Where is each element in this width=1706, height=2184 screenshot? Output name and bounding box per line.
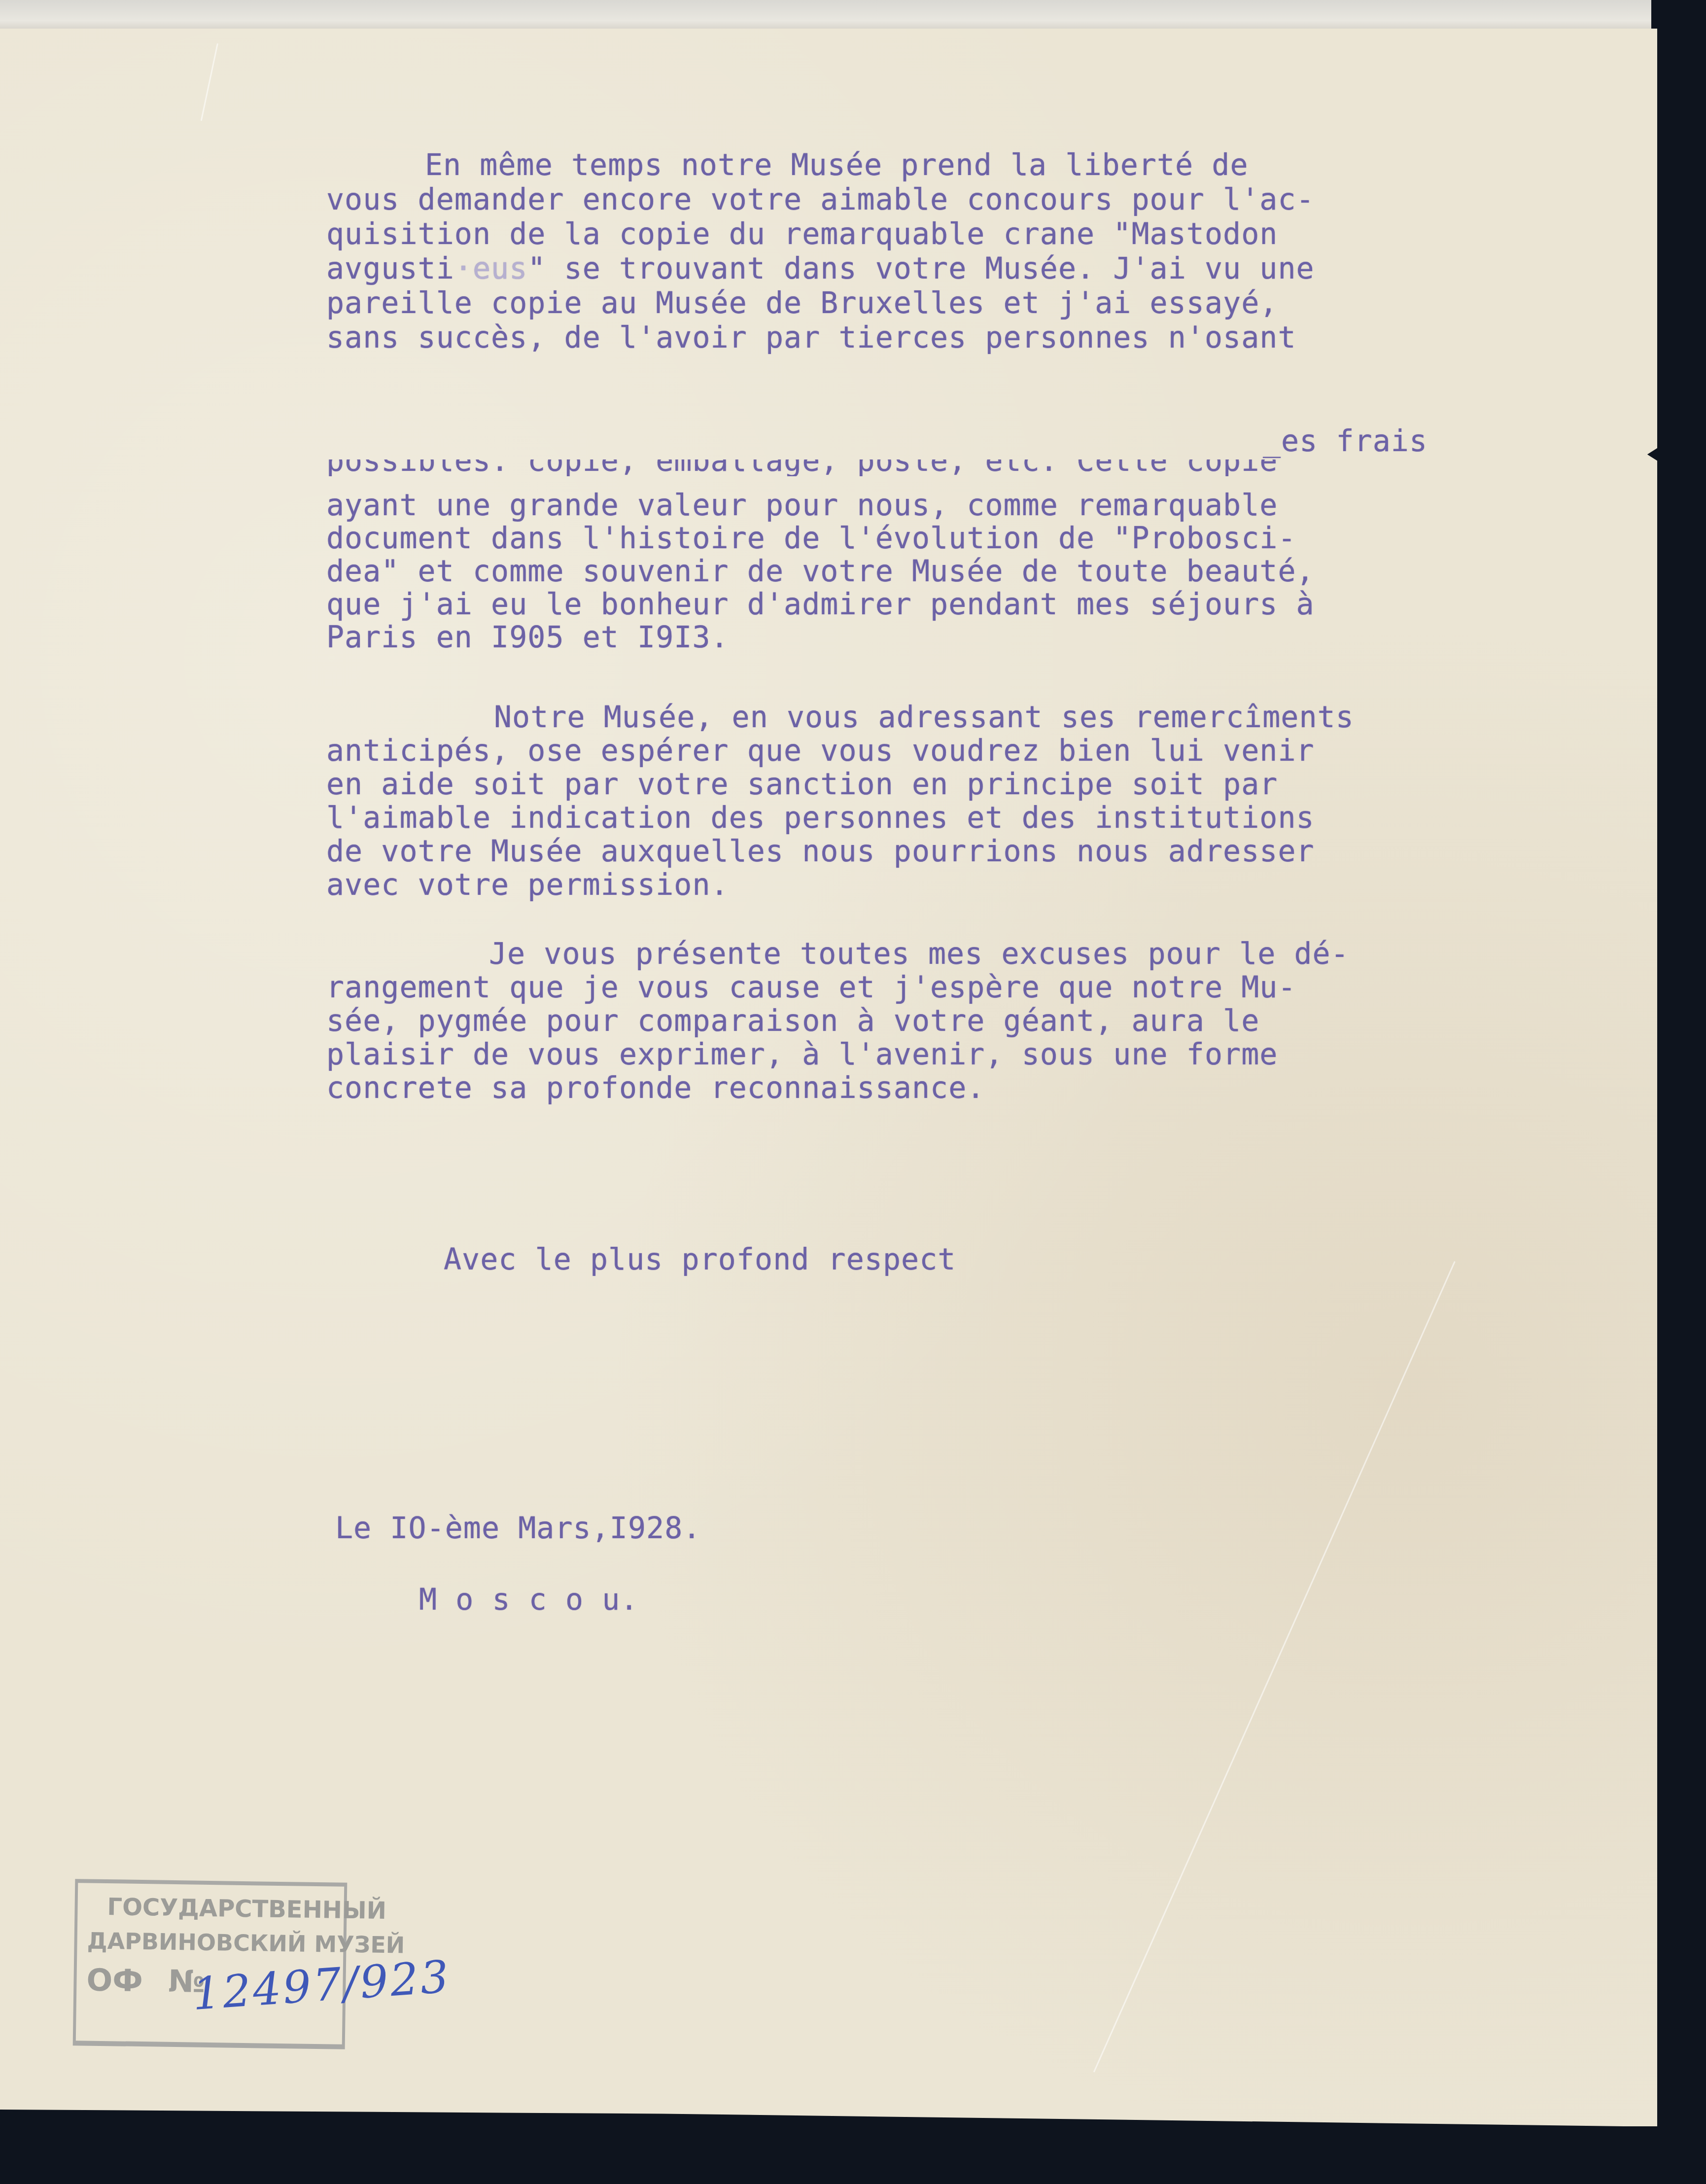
paragraph-4: Je vous présente toutes mes excuses pour… [326, 937, 363, 1144]
paper-crease [201, 43, 218, 121]
partial-text: _es frais [1263, 424, 1427, 458]
text-line: document dans l'histoire de l'évolution … [326, 521, 1296, 556]
text-line: plaisir de vous exprimer, à l'avenir, so… [326, 1037, 1278, 1072]
stamp-prefix: ОФ [86, 1962, 143, 1999]
stamp-line-3: ОФ № [86, 1962, 205, 2000]
text-line: quisition de la copie du remarquable cra… [326, 217, 1278, 251]
text-line: ayant une grande valeur pour nous, comme… [326, 488, 1278, 523]
text-line: l'aimable indication des personnes et de… [326, 801, 1315, 835]
text-line: que j'ai eu le bonheur d'admirer pendant… [326, 587, 1315, 622]
text-line: vous demander encore votre aimable conco… [326, 182, 1315, 217]
stamp-line-1: ГОСУДАРСТВЕННЫЙ [107, 1893, 386, 1925]
stamp-line-2: ДАРВИНОВСКИЙ МУЗЕЙ [87, 1928, 405, 1959]
paragraph-1: En même temps notre Musée prend la liber… [326, 148, 363, 389]
text-line: pareille copie au Musée de Bruxelles et … [326, 286, 1278, 320]
paragraph-2: _es frais possibles. copie, emballage, p… [326, 424, 363, 700]
text-line: avec votre permission. [326, 868, 729, 902]
text-line: avgusti·eus" se trouvant dans votre Musé… [326, 251, 1315, 286]
date-line: Le IO-ème Mars,I928. [335, 1511, 701, 1546]
text-line: en aide soit par votre sanction en princ… [326, 767, 1278, 802]
text-line: En même temps notre Musée prend la liber… [425, 148, 1249, 182]
text-line: Notre Musée, en vous adressant ses remer… [494, 700, 1354, 735]
place-line: M o s c o u. [419, 1583, 638, 1617]
paper-crease [1093, 1261, 1456, 2073]
text-line: rangement que je vous cause et j'espère … [326, 970, 1296, 1005]
text-line: de votre Musée auxquelles nous pourrions… [326, 834, 1315, 869]
faded-characters: · [454, 251, 473, 286]
text-line: dea" et comme souvenir de votre Musée de… [326, 554, 1315, 589]
text-line: Je vous présente toutes mes excuses pour… [489, 937, 1349, 971]
text-line: concrete sa profonde reconnaissance. [326, 1071, 985, 1105]
text-line: anticipés, ose espérer que vous voudrez … [326, 734, 1315, 768]
text-line: sans succès, de l'avoir par tierces pers… [326, 320, 1296, 355]
paragraph-3: Notre Musée, en vous adressant ses remer… [326, 700, 363, 942]
clipped-text-line: possibles. copie, emballage, poste, etc.… [326, 459, 1509, 476]
closing-salutation: Avec le plus profond respect [444, 1242, 956, 1277]
text-line: Paris en I905 et I9I3. [326, 620, 729, 655]
text-line: sée, pygmée pour comparaison à votre géa… [326, 1004, 1259, 1038]
